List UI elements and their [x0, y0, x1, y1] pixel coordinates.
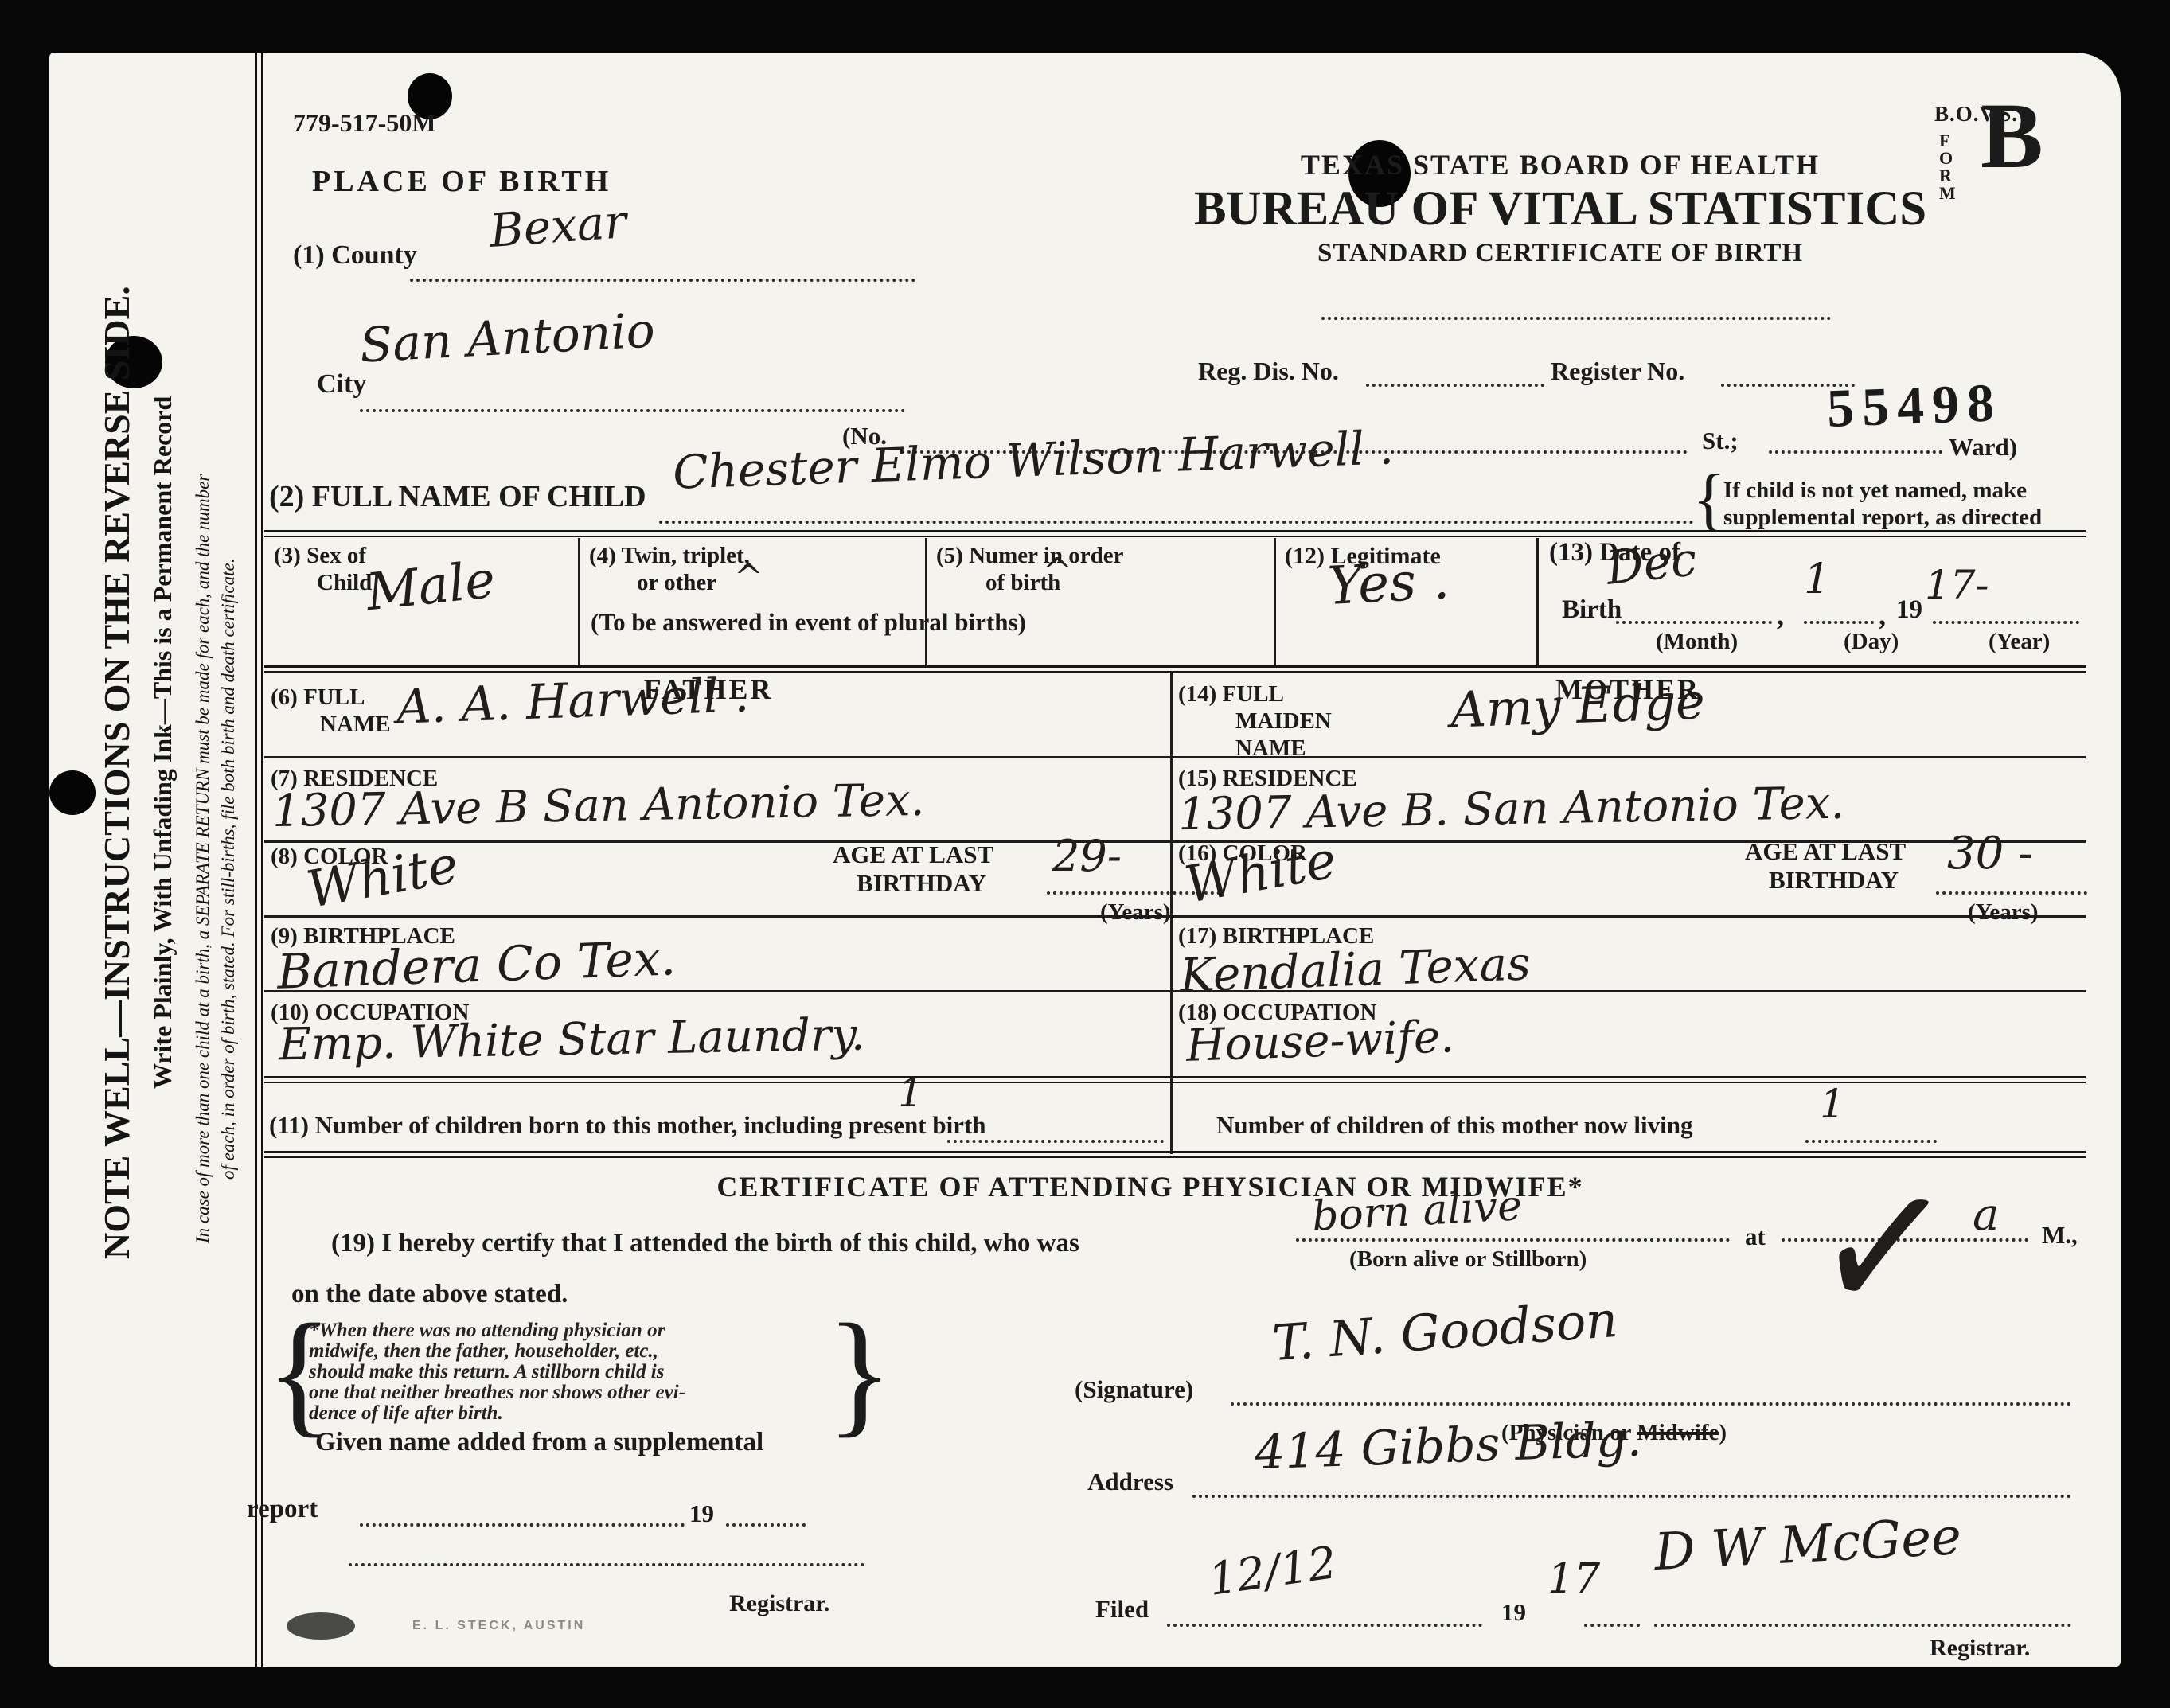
- born-alive-blank: [1296, 1238, 1730, 1242]
- stillborn-note-3: should make this return. A stillborn chi…: [309, 1361, 664, 1383]
- registrar-right-blank: [1654, 1624, 2071, 1627]
- report-blank: [360, 1523, 685, 1527]
- mother-age-label: AGE AT LAST: [1745, 837, 1906, 866]
- certify-statement: (19) I hereby certify that I attended th…: [331, 1229, 1079, 1258]
- stillborn-note-4: one that neither breathes nor shows othe…: [309, 1382, 685, 1404]
- board-heading: TEXAS STATE BOARD OF HEALTH: [1238, 148, 1883, 181]
- scanned-birth-certificate: NOTE WELL—INSTRUCTIONS ON THE REVERSE SI…: [0, 0, 2170, 1708]
- comma: ,: [1777, 599, 1784, 632]
- stillborn-note-2: midwife, then the father, householder, e…: [309, 1340, 658, 1363]
- registrar-left-blank: [349, 1563, 864, 1566]
- born-alive-caption: (Born alive or Stillborn): [1349, 1246, 1587, 1273]
- standard-certificate-heading: STANDARD CERTIFICATE OF BIRTH: [1238, 239, 1883, 268]
- county-value: Bexar: [488, 194, 628, 258]
- rule: [264, 530, 2086, 537]
- given-name-text: Given name added from a supplemental: [315, 1428, 763, 1457]
- mother-name-value: Amy Edge: [1450, 672, 1706, 739]
- filed-label: Filed: [1095, 1595, 1149, 1624]
- filed-year-value: 17: [1547, 1555, 1600, 1603]
- at-label: at: [1745, 1223, 1766, 1251]
- registrar-right-caption: Registrar.: [1930, 1635, 2030, 1662]
- child-note-line2: supplemental report, as directed: [1723, 505, 2042, 531]
- signature-blank: [1231, 1402, 2071, 1406]
- address-label: Address: [1087, 1468, 1173, 1496]
- address-blank: [1192, 1495, 2071, 1498]
- place-of-birth-heading: PLACE OF BIRTH: [312, 164, 611, 199]
- mother-name-label: (14) FULL: [1178, 681, 1284, 708]
- mother-age-value: 30 -: [1947, 828, 2033, 879]
- punch-hole: [49, 770, 96, 815]
- reg-top-rule: [1321, 317, 1831, 320]
- month-caption: (Month): [1656, 629, 1738, 655]
- column-rule: [925, 538, 927, 665]
- twin-label: (4) Twin, triplet,: [589, 543, 750, 569]
- bureau-heading: BUREAU OF VITAL STATISTICS: [1170, 181, 1950, 237]
- rule: [264, 1076, 2086, 1083]
- column-rule: [578, 538, 580, 665]
- ward-label: Ward): [1949, 433, 2017, 462]
- child-name-blank: [659, 521, 1694, 524]
- mother-name-label-2: MAIDEN: [1235, 708, 1332, 735]
- form-letter-b: B: [1981, 89, 2043, 183]
- midwife-struck-word: Midwife: [1637, 1420, 1719, 1445]
- form-number: 779-517-50M: [293, 108, 436, 138]
- st-blank: [1769, 450, 1942, 454]
- year-blank: [1933, 621, 2079, 624]
- filed-blank: [1167, 1624, 1482, 1627]
- mother-occupation-value: House-wife.: [1185, 1011, 1455, 1072]
- child-name-label: (2) FULL NAME OF CHILD: [269, 479, 646, 514]
- legitimate-value: Yes .: [1326, 549, 1451, 617]
- children-born-blank: [947, 1140, 1164, 1143]
- father-years-caption: (Years): [1100, 899, 1171, 926]
- time-value: a: [1973, 1189, 1999, 1241]
- report-label: report: [247, 1495, 318, 1524]
- margin-note-separate-return-2: of each, in order of birth, stated. For …: [218, 239, 240, 1180]
- county-blank: [410, 279, 915, 282]
- county-label: (1) County: [293, 240, 417, 271]
- sex-label: (3) Sex of: [274, 543, 366, 569]
- birth-label: Birth: [1562, 595, 1622, 625]
- mother-years-caption: (Years): [1968, 899, 2039, 926]
- father-age-label: AGE AT LAST: [833, 840, 993, 869]
- report-year-prefix: 19: [689, 1499, 714, 1528]
- signature-label: (Signature): [1075, 1375, 1193, 1404]
- reg-dis-no-blank: [1366, 384, 1544, 387]
- stillborn-note-5: dence of life after birth.: [309, 1402, 503, 1425]
- mother-age-blank: [1936, 891, 2087, 895]
- child-note-brace: {: [1692, 468, 1726, 532]
- report-year-blank: [726, 1523, 806, 1527]
- reg-dis-no-label: Reg. Dis. No.: [1198, 357, 1339, 386]
- form-word-vertical: FORM: [1939, 132, 1963, 202]
- children-living-value: 1: [1820, 1081, 1845, 1127]
- father-name-label-2: NAME: [320, 712, 391, 738]
- margin-note-write-plainly: Write Plainly, With Unfading Ink—This is…: [148, 236, 180, 1089]
- birth-day-value: 1: [1804, 556, 1830, 603]
- comma: ,: [1879, 599, 1886, 632]
- child-note-line1: If child is not yet named, make: [1723, 478, 2027, 504]
- father-occupation-value: Emp. White Star Laundry.: [278, 1009, 865, 1071]
- rule: [264, 915, 2086, 918]
- note-brace-right: }: [826, 1316, 893, 1428]
- rule: [264, 990, 2086, 992]
- caret-mark: ^: [734, 557, 763, 598]
- father-age-value: 29-: [1052, 831, 1122, 881]
- rule: [264, 665, 2086, 673]
- margin-note-reverse-side: NOTE WELL—INSTRUCTIONS ON THE REVERSE SI…: [96, 232, 139, 1259]
- day-caption: (Day): [1844, 629, 1899, 655]
- year-prefix: 19: [1896, 595, 1922, 625]
- m-label: M.,: [2042, 1221, 2078, 1250]
- month-blank: [1616, 621, 1772, 624]
- rule: [264, 756, 2086, 758]
- father-age-label-2: BIRTHDAY: [857, 869, 986, 898]
- st-label: St.;: [1702, 427, 1739, 455]
- birth-month-value: Dec: [1604, 532, 1700, 595]
- filed-year-blank: [1584, 1624, 1640, 1627]
- order-label: (5) Numer in order: [936, 543, 1123, 569]
- caret-mark: ^: [1043, 551, 1072, 591]
- stillborn-note-1: *When there was no attending physician o…: [309, 1320, 665, 1342]
- physician-suffix: ): [1719, 1420, 1727, 1445]
- register-no-label: Register No.: [1551, 357, 1684, 386]
- margin-note-separate-return-1: In case of more than one child at a birt…: [193, 239, 215, 1243]
- children-born-label: (11) Number of children born to this mot…: [269, 1111, 986, 1140]
- registrar-left-caption: Registrar.: [729, 1590, 829, 1617]
- filed-year-prefix: 19: [1501, 1598, 1526, 1627]
- mother-age-label-2: BIRTHDAY: [1769, 866, 1899, 895]
- birth-year-value: 17-: [1925, 562, 1989, 608]
- plural-births-note: (To be answered in event of plural birth…: [591, 608, 1026, 637]
- printer-imprint: E. L. STECK, AUSTIN: [412, 1619, 585, 1633]
- city-label: City: [317, 369, 366, 400]
- twin-label-2: or other: [637, 570, 716, 596]
- date-stated-text: on the date above stated.: [291, 1280, 568, 1309]
- form-left-rule: [255, 53, 263, 1667]
- city-blank: [360, 409, 905, 412]
- year-caption: (Year): [1989, 629, 2050, 655]
- day-blank: [1804, 621, 1874, 624]
- column-rule: [1536, 538, 1539, 665]
- printer-union-mark: [287, 1612, 355, 1640]
- father-name-label: (6) FULL: [271, 684, 365, 711]
- register-number-stamp: 55498: [1826, 371, 2004, 440]
- checkmark-icon: ✓: [1805, 1127, 1962, 1370]
- column-rule: [1274, 538, 1276, 665]
- rule: [264, 1151, 2086, 1158]
- children-born-value: 1: [898, 1070, 923, 1116]
- children-living-label: Number of children of this mother now li…: [1216, 1111, 1693, 1140]
